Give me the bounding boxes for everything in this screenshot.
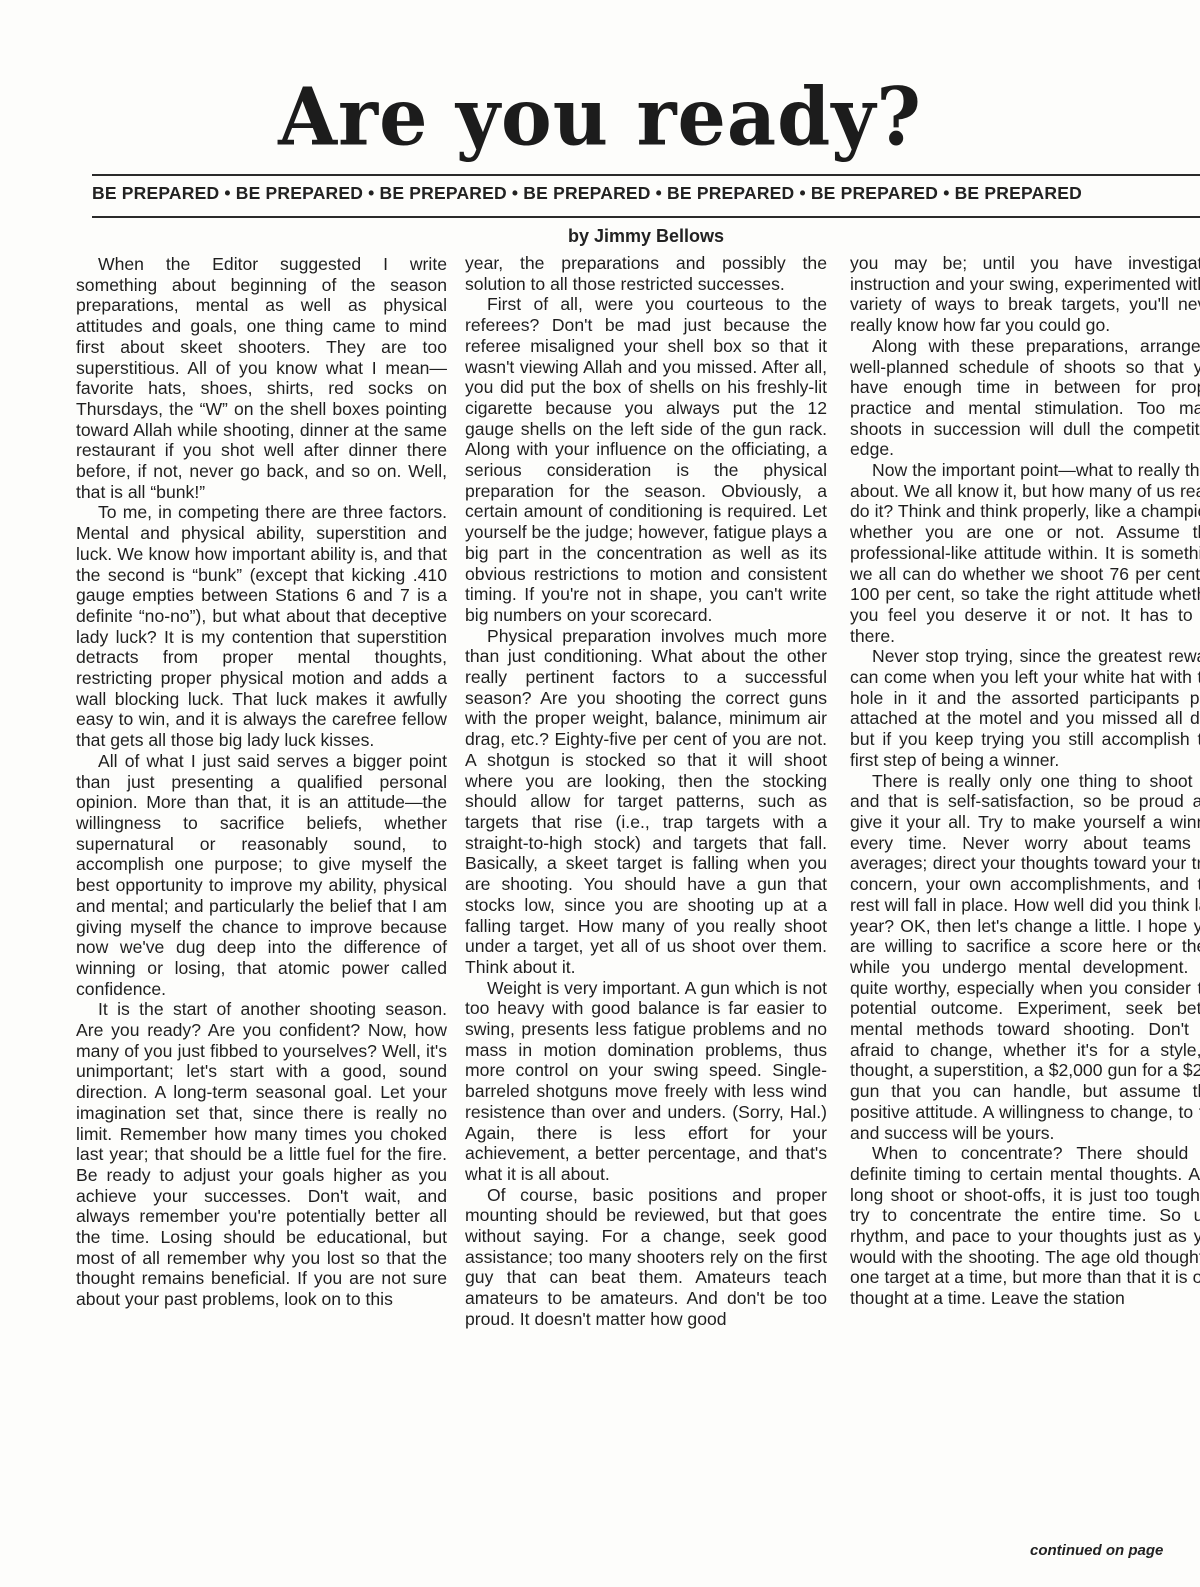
byline: by Jimmy Bellows — [465, 226, 827, 247]
paragraph: Along with these preparations, arrange a… — [850, 336, 1200, 460]
article-title: Are you ready? — [0, 70, 1200, 165]
paragraph-continuation: year, the preparations and possibly the … — [465, 253, 827, 294]
paragraph: First of all, were you courteous to the … — [465, 294, 827, 625]
paragraph: Never stop trying, since the greatest re… — [850, 646, 1200, 770]
paragraph: When to concentrate? There should be def… — [850, 1143, 1200, 1309]
paragraph: When the Editor suggested I write someth… — [76, 254, 447, 502]
paragraph: There is really only one thing to shoot … — [850, 771, 1200, 1144]
paragraph: All of what I just said serves a bigger … — [76, 751, 447, 999]
be-prepared-banner: BE PREPARED • BE PREPARED • BE PREPARED … — [92, 174, 1200, 218]
paragraph: It is the start of another shooting seas… — [76, 999, 447, 1310]
paragraph: Physical preparation involves much more … — [465, 626, 827, 978]
paragraph: Of course, basic positions and proper mo… — [465, 1185, 827, 1330]
article-column-1: When the Editor suggested I write someth… — [76, 254, 447, 1310]
article-column-2: year, the preparations and possibly the … — [465, 253, 827, 1330]
paragraph: Now the important point—what to really t… — [850, 460, 1200, 646]
paragraph-continuation: you may be; until you have investigated … — [850, 253, 1200, 336]
banner-text: BE PREPARED • BE PREPARED • BE PREPARED … — [92, 183, 1082, 204]
article-column-3: you may be; until you have investigated … — [850, 253, 1200, 1309]
paragraph: Weight is very important. A gun which is… — [465, 978, 827, 1185]
continued-on-page-note: continued on page — [1030, 1542, 1163, 1559]
paragraph: To me, in competing there are three fact… — [76, 502, 447, 750]
